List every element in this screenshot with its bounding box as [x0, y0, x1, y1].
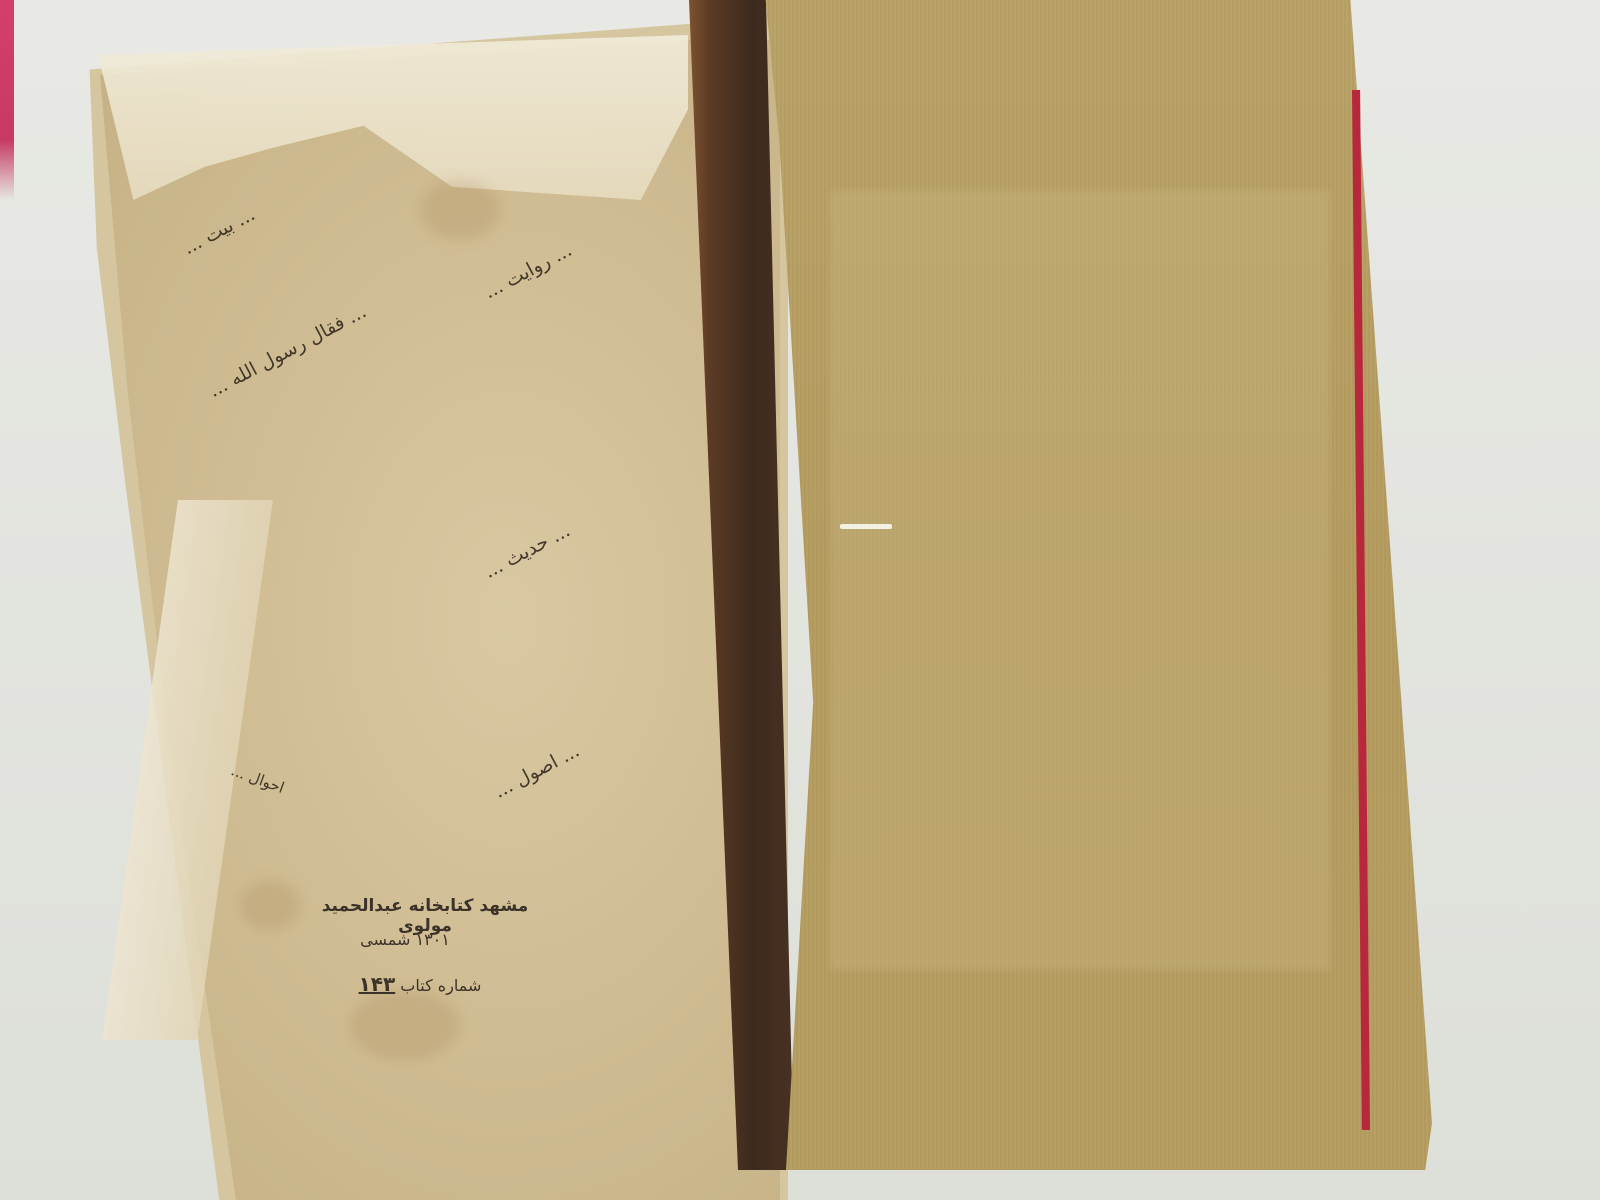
stamp-year: ۱۳۰۱ شمسی: [330, 930, 480, 949]
stain: [350, 990, 460, 1060]
stain: [420, 180, 500, 240]
white-mark: [840, 524, 892, 529]
stain: [240, 880, 300, 930]
pink-object-edge: [0, 0, 14, 200]
stamp-book-number-value: ۱۴۳: [359, 972, 396, 996]
stamp-book-number-label: شماره کتاب: [400, 976, 481, 995]
stamp-book-number: شماره کتاب ۱۴۳: [320, 972, 520, 996]
pasted-paper-ghost: [830, 190, 1330, 970]
